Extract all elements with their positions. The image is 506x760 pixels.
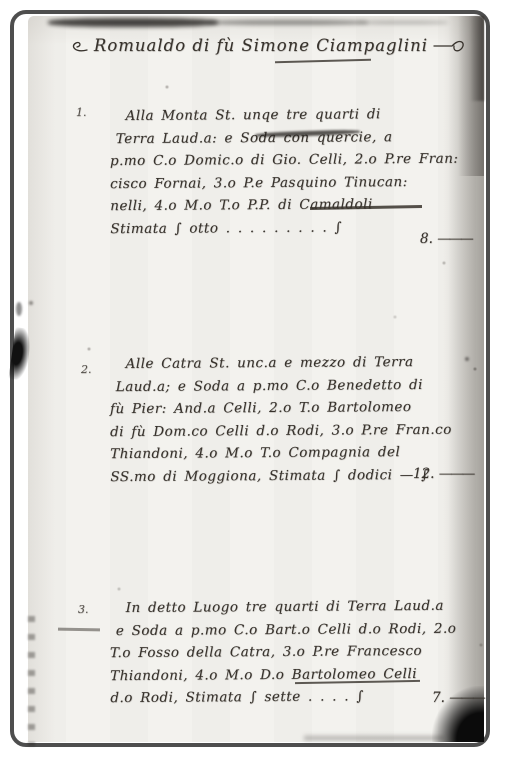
- entry-line: cisco Fornai, 3.o P.e Pasquino Tinucan:: [110, 170, 440, 195]
- entry-line: Thiandoni, 4.o M.o D.o Bartolomeo Celli: [110, 662, 440, 687]
- amount-value: 7.: [432, 690, 445, 706]
- page-corner-shadow: [470, 16, 484, 101]
- entry-line: T.o Fosso della Catra, 3.o P.re Francesc…: [110, 640, 440, 665]
- entry-line: Alla Monta St. unqe tre quarti di: [126, 103, 440, 128]
- entry-text: Alla Monta St. unqe tre quarti di Terra …: [110, 103, 441, 240]
- entry-line: In detto Luogo tre quarti di Terra Laud.…: [126, 595, 440, 620]
- margin-mark: [58, 628, 100, 631]
- entry-line: di fù Dom.co Celli d.o Rodi, 3.o P.re Fr…: [110, 418, 440, 443]
- title-row: Romualdo di fù Simone Ciampaglini: [86, 36, 450, 55]
- entry-line: Thiandoni, 4.o M.o T.o Compagnia del: [110, 441, 440, 466]
- title-flourish-right-icon: [433, 37, 467, 55]
- entry-number: 1.: [76, 106, 87, 119]
- binding-streaks: [28, 616, 35, 746]
- entry-line: d.o Rodi, Stimata ∫ sette . . . . ∫: [110, 685, 440, 710]
- top-edge-smudge: [48, 18, 218, 27]
- entry-number: 3.: [78, 603, 89, 616]
- entry-line: fù Pier: And.a Celli, 2.o T.o Bartolomeo: [110, 396, 440, 421]
- title-underline: [275, 59, 371, 64]
- entry-line: Stimata ∫ otto . . . . . . . . . ∫: [110, 215, 440, 240]
- manuscript-page: Romualdo di fù Simone Ciampaglini 1. All…: [28, 16, 484, 742]
- entry-line: Alle Catra St. unc.a e mezzo di Terra: [126, 351, 440, 376]
- ink-specks: [28, 16, 30, 18]
- entry-line: e Soda a p.mo C.o Bart.o Celli d.o Rodi,…: [116, 617, 440, 642]
- entry-line: p.mo C.o Domic.o di Gio. Celli, 2.o P.re…: [110, 148, 440, 173]
- top-edge-smudge: [358, 21, 448, 24]
- entry-amount: 7. ———: [432, 690, 484, 706]
- entry-text: In detto Luogo tre quarti di Terra Laud.…: [110, 595, 441, 710]
- entry-line: Laud.a; e Soda a p.mo C.o Benedetto di: [116, 373, 440, 398]
- scanned-manuscript: Romualdo di fù Simone Ciampaglini 1. All…: [0, 0, 506, 760]
- amount-dash: ———: [449, 690, 484, 706]
- entry-amount: 12. ———: [413, 466, 473, 482]
- page-title: Romualdo di fù Simone Ciampaglini: [94, 36, 428, 55]
- entry-number: 2.: [81, 363, 92, 376]
- entry-line: Terra Laud.a: e Soda con quercie, a: [116, 125, 440, 150]
- title-flourish-left-icon: [69, 38, 89, 54]
- binding-mark: [16, 302, 22, 316]
- amount-value: 12.: [413, 466, 434, 482]
- amount-dash: ———: [437, 231, 472, 247]
- amount-value: 8.: [420, 231, 433, 247]
- bottom-edge-shadow: [304, 734, 444, 740]
- entry-line: SS.mo di Moggiona, Stimata ∫ dodici — ∫: [110, 463, 440, 488]
- entry-amount: 8. ———: [420, 231, 472, 247]
- amount-dash: ———: [439, 466, 474, 482]
- top-edge-smudge: [208, 20, 368, 25]
- entry-text: Alle Catra St. unc.a e mezzo di Terra La…: [110, 351, 441, 488]
